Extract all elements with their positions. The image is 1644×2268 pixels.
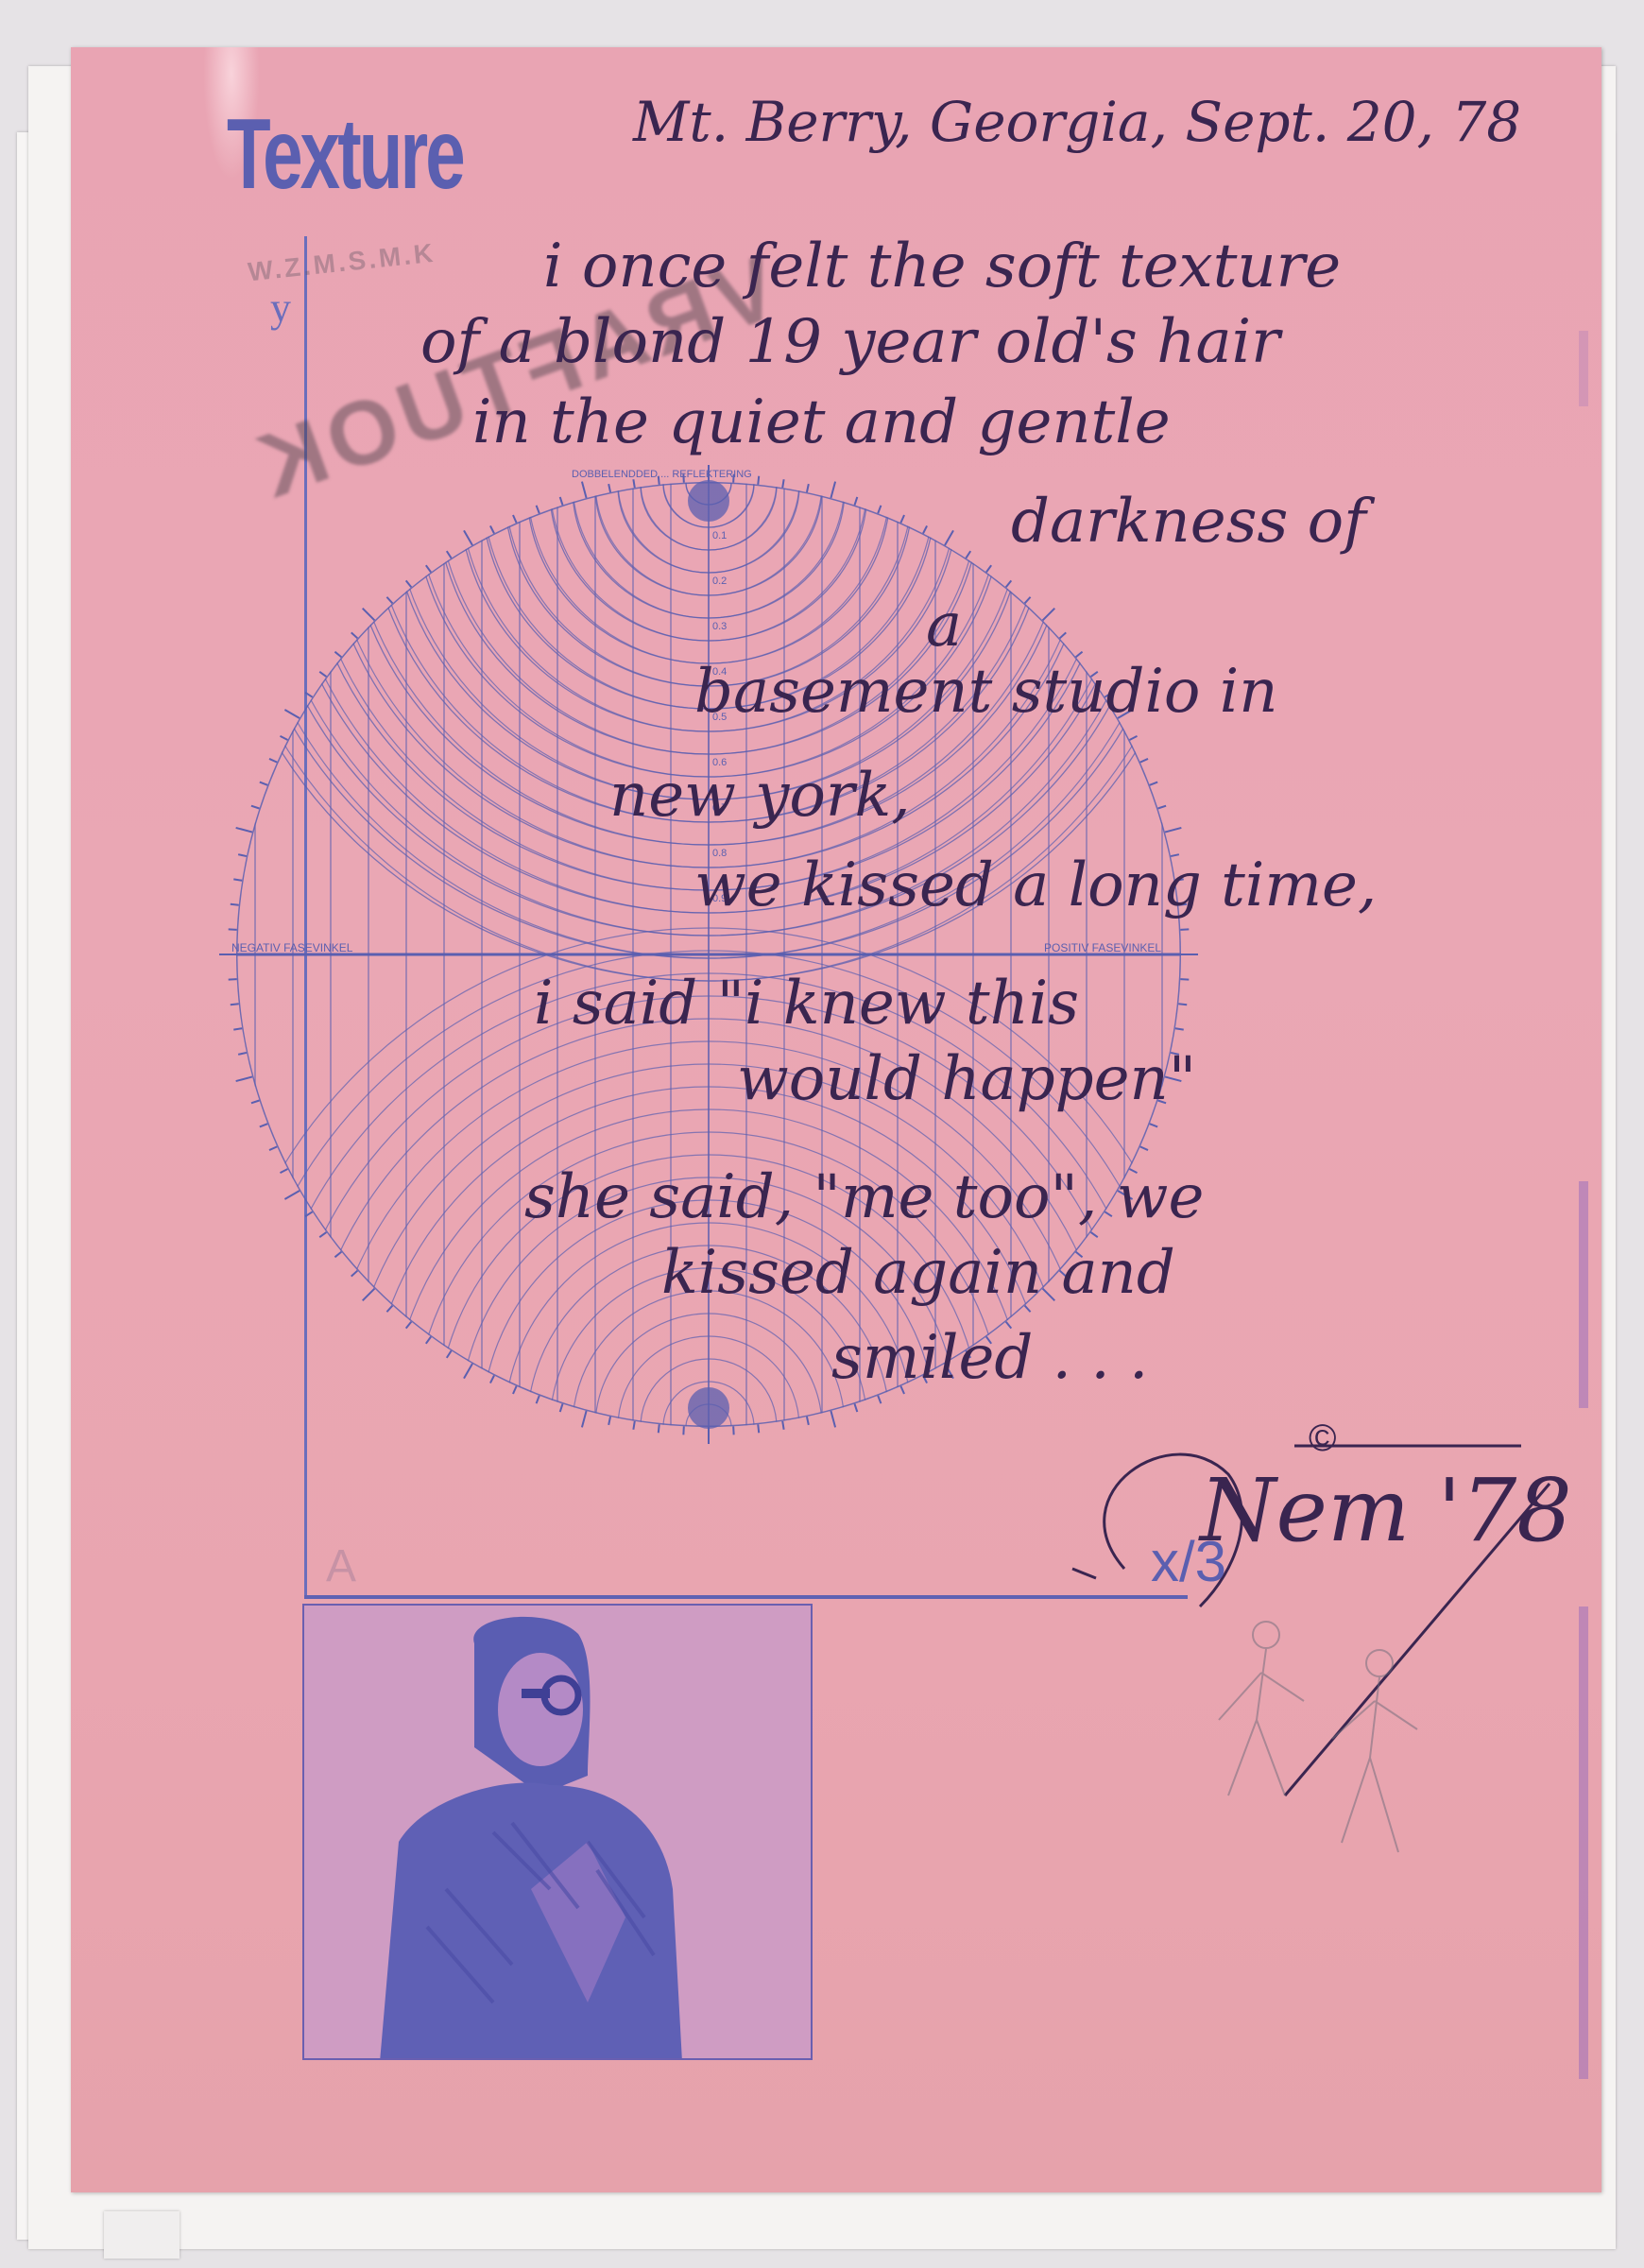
- poem-line: in the quiet and gentle: [472, 392, 1171, 453]
- poem-line: darkness of: [1011, 491, 1366, 552]
- handwritten-location-date: Mt. Berry, Georgia, Sept. 20, 78: [633, 94, 1521, 149]
- artist-signature: Nem '78: [1200, 1460, 1572, 1561]
- chart-label-top: DOBBELENDDED ... REFLEKTERING: [572, 469, 752, 480]
- poem-line: we kissed a long time,: [694, 855, 1377, 916]
- poem-line: of a blond 19 year old's hair: [420, 312, 1280, 372]
- frame-line-bottom: [304, 1595, 1188, 1599]
- poem-line: would happen": [737, 1049, 1196, 1109]
- poem-line: new york,: [609, 765, 911, 826]
- poem-line: basement studio in: [694, 661, 1277, 722]
- axis-y-label: y: [270, 283, 291, 332]
- portrait-figure: [304, 1606, 813, 2060]
- ink-smear: [1579, 331, 1588, 406]
- faint-mark: A: [326, 1540, 356, 1592]
- chart-label-right: POSITIV FASEVINKEL: [1044, 941, 1161, 954]
- poem-line: i said "i knew this: [534, 973, 1079, 1034]
- poem-line: she said, "me too", we: [524, 1167, 1204, 1228]
- svg-text:0.2: 0.2: [712, 576, 727, 587]
- pencil-sketch-figures: [1200, 1606, 1464, 1918]
- svg-text:0.1: 0.1: [712, 530, 727, 541]
- ink-smear: [1579, 1181, 1588, 1408]
- poem-line: kissed again and: [661, 1243, 1175, 1303]
- svg-text:0.3: 0.3: [712, 621, 727, 632]
- portrait-photo: [302, 1604, 813, 2060]
- edition-number: x/3: [1151, 1529, 1226, 1594]
- poem-line: smiled . . .: [831, 1328, 1148, 1388]
- underlying-sheet-tab: [104, 2211, 180, 2259]
- poem-line: a: [926, 595, 962, 656]
- brand-title: Texture: [227, 104, 463, 204]
- copyright-symbol: ©: [1309, 1417, 1336, 1460]
- chart-label-left: NEGATIV FASEVINKEL: [231, 941, 353, 954]
- poem-line: i once felt the soft texture: [543, 236, 1341, 297]
